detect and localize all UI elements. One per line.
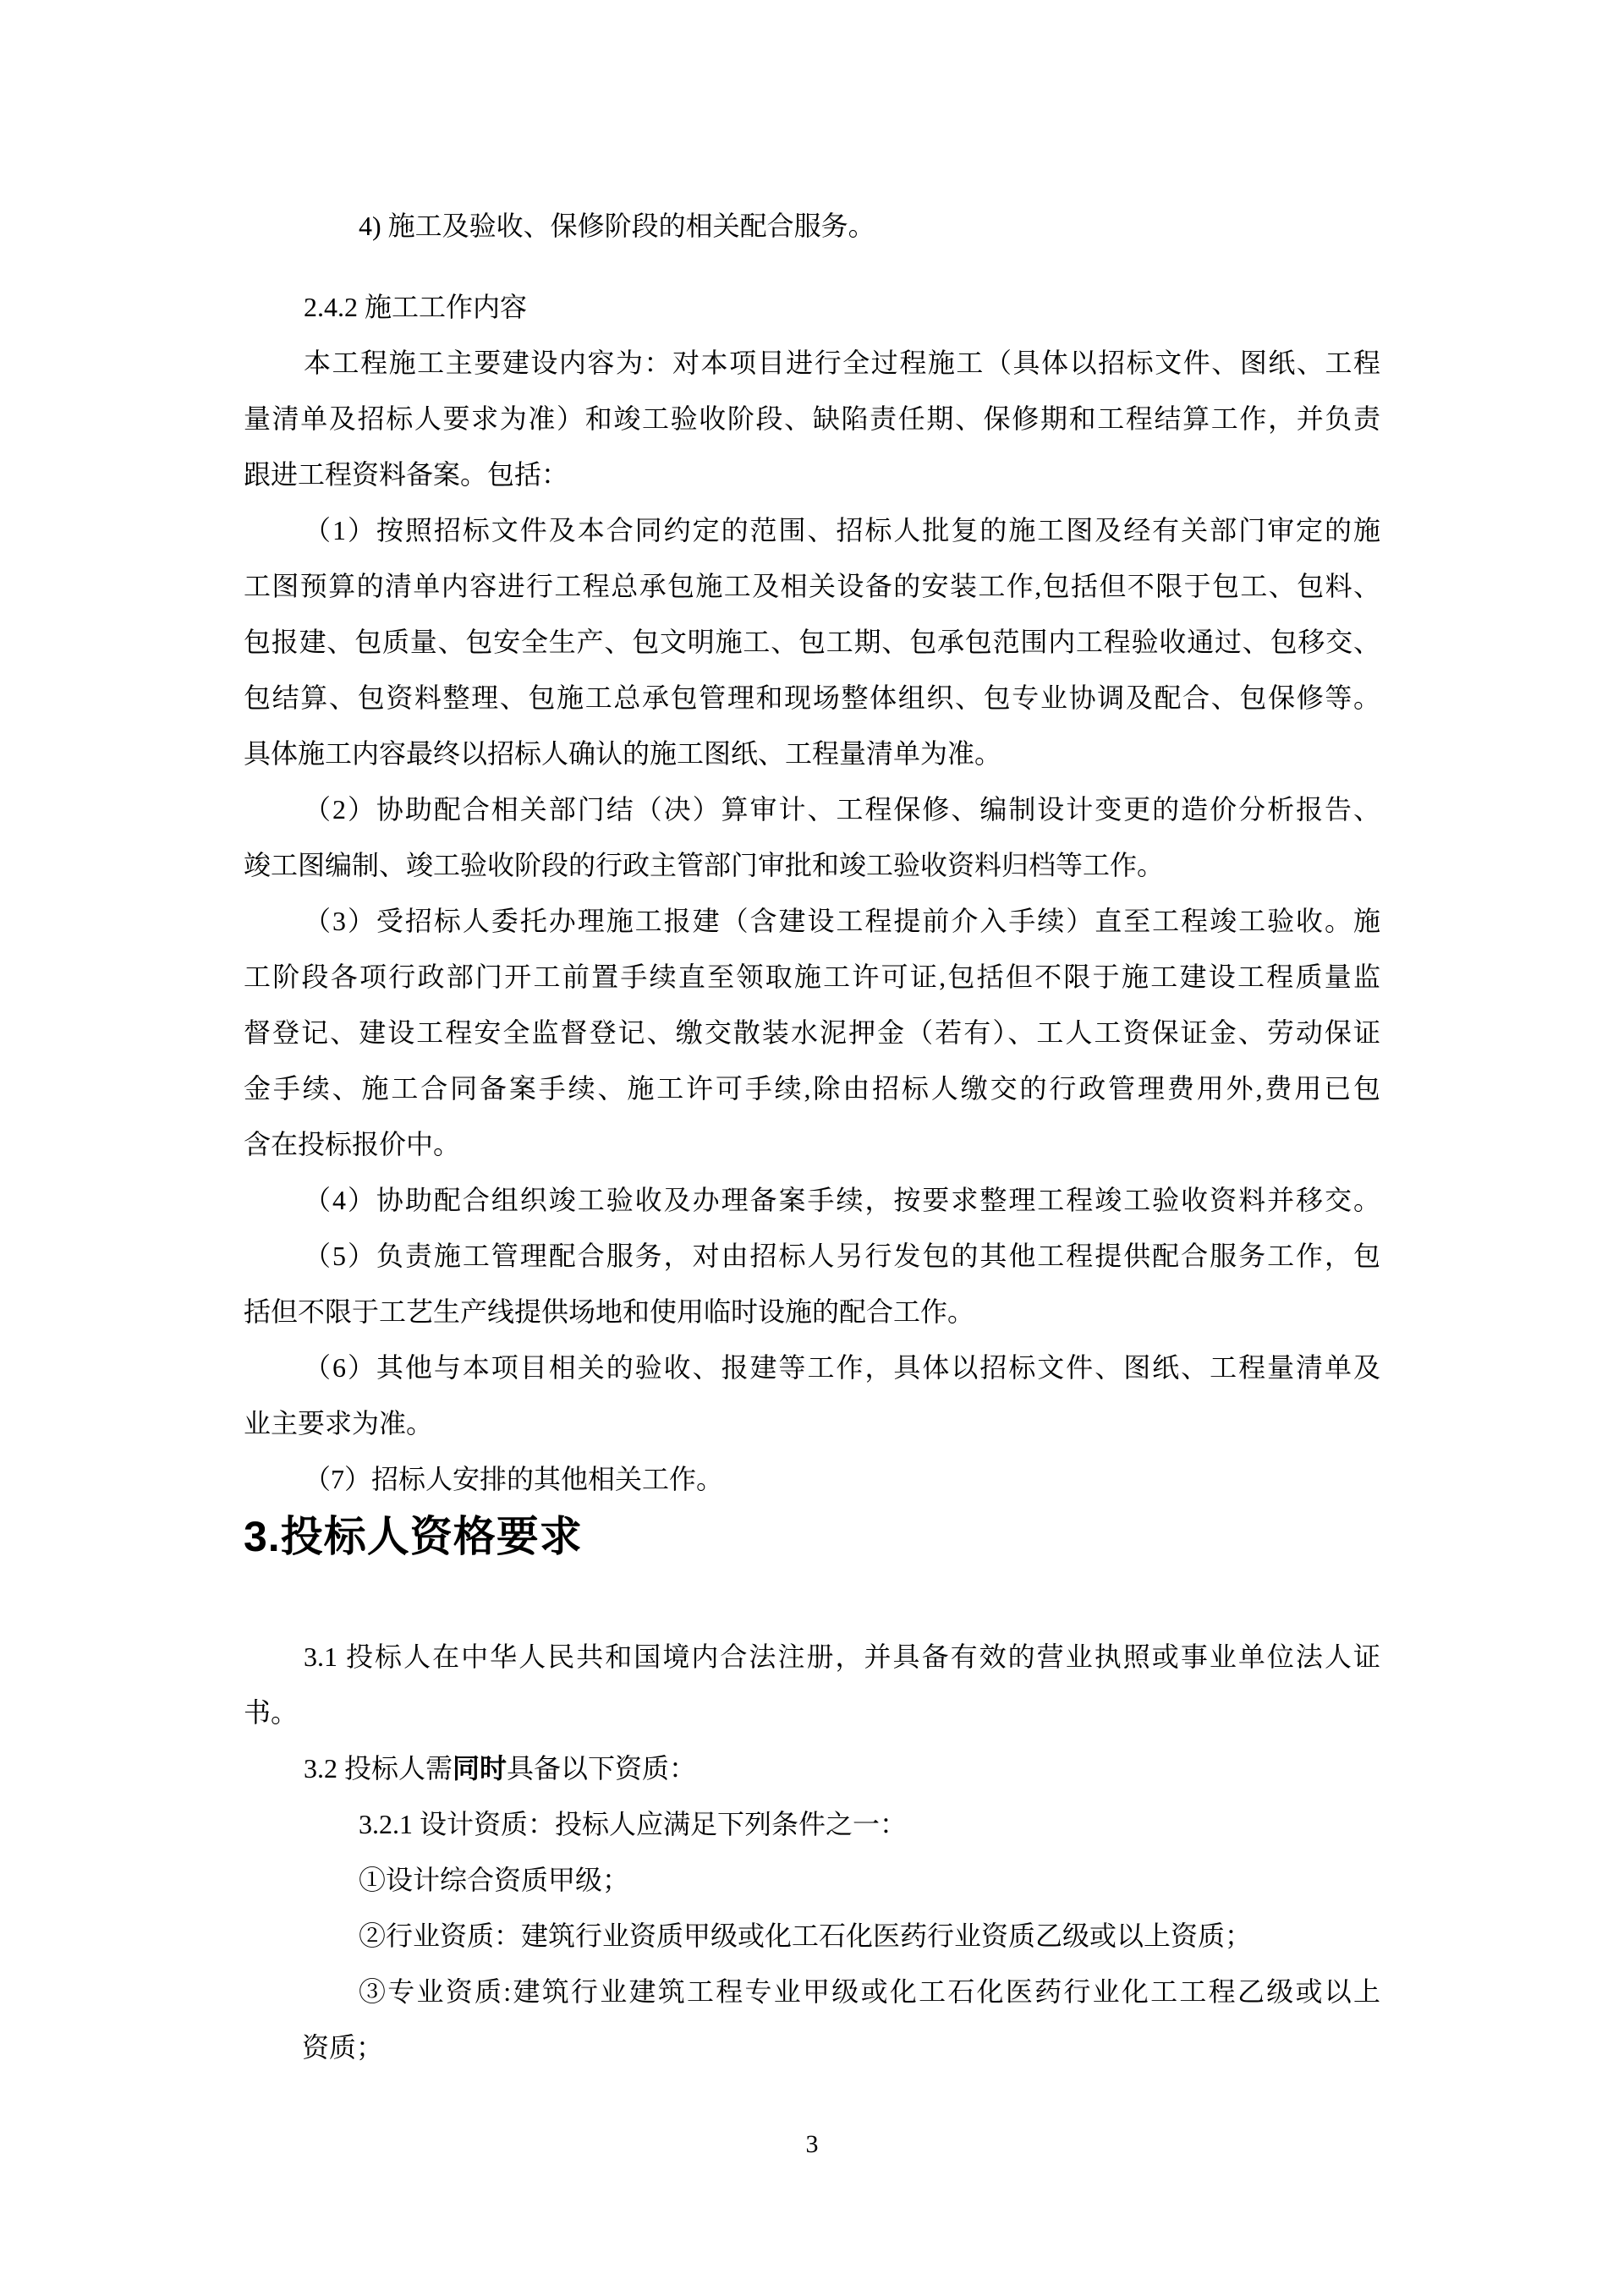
- item-5-line: 括但不限于工艺生产线提供场地和使用临时设施的配合工作。: [244, 1284, 1380, 1340]
- clause-3-2-prefix: 3.2 投标人需: [304, 1753, 453, 1784]
- clause-3-2-line: 3.2 投标人需同时具备以下资质：: [244, 1740, 1380, 1796]
- item-1-line: （1）按照招标文件及本合同约定的范围、招标人批复的施工图及经有关部门审定的施: [244, 502, 1380, 558]
- item-3-line: 工阶段各项行政部门开工前置手续直至领取施工许可证,包括但不限于施工建设工程质量监: [244, 949, 1380, 1005]
- clause-3-2-bold-text: 同时: [453, 1753, 507, 1784]
- clause-3-2-1-line: 3.2.1 设计资质：投标人应满足下列条件之一：: [244, 1796, 1380, 1852]
- item-7-line: （7）招标人安排的其他相关工作。: [244, 1451, 1380, 1507]
- list-item-4: 4) 施工及验收、保修阶段的相关配合服务。: [244, 198, 1380, 254]
- clause-3-2-suffix: 具备以下资质：: [507, 1753, 696, 1784]
- paragraph-line: 量清单及招标人要求为准）和竣工验收阶段、缺陷责任期、保修期和工程结算工作，并负责: [244, 391, 1380, 447]
- qualification-item-2: ②行业资质：建筑行业资质甲级或化工石化医药行业资质乙级或以上资质；: [244, 1908, 1380, 1964]
- item-1-line: 具体施工内容最终以招标人确认的施工图纸、工程量清单为准。: [244, 726, 1380, 781]
- item-3-line: 督登记、建设工程安全监督登记、缴交散装水泥押金（若有）、工人工资保证金、劳动保证: [244, 1005, 1380, 1060]
- item-1-line: 工图预算的清单内容进行工程总承包施工及相关设备的安装工作,包括但不限于包工、包料…: [244, 558, 1380, 614]
- item-1-line: 包结算、包资料整理、包施工总承包管理和现场整体组织、包专业协调及配合、包保修等。: [244, 670, 1380, 726]
- qualification-item-1: ①设计综合资质甲级；: [244, 1852, 1380, 1908]
- item-6-line: 业主要求为准。: [244, 1395, 1380, 1451]
- item-3-line: （3）受招标人委托办理施工报建（含建设工程提前介入手续）直至工程竣工验收。施: [244, 893, 1380, 949]
- document-page: 4) 施工及验收、保修阶段的相关配合服务。 2.4.2 施工工作内容 本工程施工…: [0, 0, 1624, 2296]
- item-1-line: 包报建、包质量、包安全生产、包文明施工、包工期、包承包范围内工程验收通过、包移交…: [244, 614, 1380, 670]
- item-2-line: 竣工图编制、竣工验收阶段的行政主管部门审批和竣工验收资料归档等工作。: [244, 837, 1380, 893]
- clause-3-1-line: 书。: [244, 1685, 1380, 1740]
- item-4-line: （4）协助配合组织竣工验收及办理备案手续，按要求整理工程竣工验收资料并移交。: [244, 1172, 1380, 1228]
- page-number: 3: [0, 2128, 1624, 2162]
- heading-2-4-2: 2.4.2 施工工作内容: [244, 279, 1380, 335]
- item-2-line: （2）协助配合相关部门结（决）算审计、工程保修、编制设计变更的造价分析报告、: [244, 781, 1380, 837]
- item-3-line: 含在投标报价中。: [244, 1116, 1380, 1172]
- paragraph-line: 本工程施工主要建设内容为：对本项目进行全过程施工（具体以招标文件、图纸、工程: [244, 335, 1380, 391]
- paragraph-line: 跟进工程资料备案。包括：: [244, 447, 1380, 502]
- item-3-line: 金手续、施工合同备案手续、施工许可手续,除由招标人缴交的行政管理费用外,费用已包: [244, 1060, 1380, 1116]
- section-3-heading: 3.投标人资格要求: [244, 1507, 1380, 1566]
- item-6-line: （6）其他与本项目相关的验收、报建等工作，具体以招标文件、图纸、工程量清单及: [244, 1340, 1380, 1395]
- item-5-line: （5）负责施工管理配合服务，对由招标人另行发包的其他工程提供配合服务工作，包: [244, 1228, 1380, 1284]
- qualification-item-3-wrap: 资质；: [244, 2019, 1380, 2075]
- clause-3-1-line: 3.1 投标人在中华人民共和国境内合法注册，并具备有效的营业执照或事业单位法人证: [244, 1629, 1380, 1685]
- qualification-item-3: ③专业资质:建筑行业建筑工程专业甲级或化工石化医药行业化工工程乙级或以上: [244, 1964, 1380, 2019]
